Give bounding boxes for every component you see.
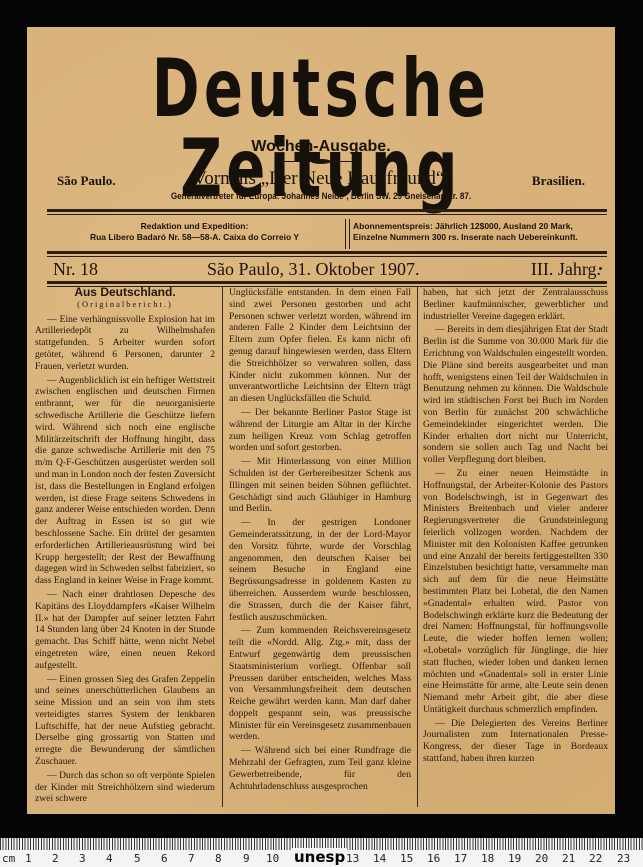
column-1: Aus Deutschland. (Originalbericht.) — Ei… [35, 287, 215, 807]
unesp-logo: unesp [292, 848, 347, 866]
rule-divider [47, 209, 607, 215]
paragraph: — Bereits in dem diesjährigen Etat der S… [423, 324, 608, 466]
column-separator [417, 287, 418, 807]
city-right: Brasilien. [532, 173, 585, 189]
paragraph: — Die Delegierten des Vereins Berliner J… [423, 718, 608, 765]
ruler-label: 3 [79, 852, 86, 865]
column-separator [222, 287, 223, 807]
column-2: Unglücksfälle entstanden. In dem einen F… [229, 287, 411, 807]
subscription-info: Abonnementspreis: Jährlich 12$000, Ausla… [353, 221, 607, 243]
ruler-label: 8 [215, 852, 222, 865]
paragraph: — Nach einer drahtlosen Depesche des Kap… [35, 589, 215, 672]
paragraph: — Einen grossen Sieg des Grafen Zeppelin… [35, 674, 215, 768]
paragraph: — In der gestrigen Londoner Gemeinderats… [229, 517, 411, 623]
ruler-unit: cm [2, 852, 15, 865]
article-columns: Aus Deutschland. (Originalbericht.) — Ei… [35, 287, 611, 807]
formerly-title: Vormals „Der Neue Hausfreund“. [27, 168, 615, 190]
ruler-label: 22 [589, 852, 602, 865]
ruler-label: 23 [617, 852, 630, 865]
info-box: Redaktion und Expedition: Rua Libero Bad… [47, 219, 607, 249]
ruler-label: 13 [346, 852, 359, 865]
ruler-label: 21 [562, 852, 575, 865]
speck [599, 267, 602, 270]
section-subtitle: (Originalbericht.) [35, 299, 215, 311]
paragraph: — Eine verhängnissvolle Explosion hat im… [35, 314, 215, 373]
dateline: Nr. 18 São Paulo, 31. Oktober 1907. III.… [47, 259, 607, 281]
measurement-ruler: cm 1 2 3 4 5 6 7 8 9 10 13 14 15 16 17 1… [0, 838, 643, 867]
volume-year: III. Jahrg. [531, 259, 601, 280]
paragraph: — Der bekannte Berliner Pastor Stage ist… [229, 407, 411, 454]
ruler-label: 9 [243, 852, 250, 865]
ruler-label: 14 [373, 852, 386, 865]
paragraph: — Zum kommenden Reichsvereinsgesetz teil… [229, 625, 411, 743]
edition-subtitle: Wochen-Ausgabe. [27, 138, 615, 156]
issue-date: São Paulo, 31. Oktober 1907. [207, 259, 419, 280]
ruler-label: 20 [535, 852, 548, 865]
column-3: haben, hat sich jetzt der Zentralausschu… [423, 287, 608, 807]
ruler-label: 6 [161, 852, 168, 865]
ruler-label: 17 [454, 852, 467, 865]
editorial-office: Redaktion und Expedition: Rua Libero Bad… [47, 221, 342, 243]
paragraph: — Zu einer neuen Heimstädte in Hoffnungs… [423, 468, 608, 716]
ruler-label: 10 [266, 852, 279, 865]
issue-number: Nr. 18 [53, 259, 98, 280]
newspaper-page: Deutsche Zeitung Wochen-Ausgabe. São Pau… [27, 27, 615, 814]
section-title: Aus Deutschland. [35, 287, 215, 299]
paragraph: haben, hat sich jetzt der Zentralausschu… [423, 287, 608, 322]
paragraph: — Während sich bei einer Rundfrage die M… [229, 745, 411, 792]
paragraph: Unglücksfälle entstanden. In dem einen F… [229, 287, 411, 405]
ruler-label: 4 [106, 852, 113, 865]
paragraph: — Mit Hinterlassung von einer Million Sc… [229, 456, 411, 515]
ruler-label: 7 [188, 852, 195, 865]
ruler-label: 5 [134, 852, 141, 865]
paragraph: — Durch das schon so oft verpönte Spiele… [35, 770, 215, 805]
ruler-label: 2 [52, 852, 59, 865]
info-divider [345, 219, 350, 249]
ruler-label: 19 [508, 852, 521, 865]
rule-divider [47, 251, 607, 257]
paragraph: — Augenblicklich ist ein heftiger Wettst… [35, 375, 215, 587]
ruler-label: 15 [400, 852, 413, 865]
ornament-divider [281, 159, 361, 165]
ruler-label: 1 [25, 852, 32, 865]
ruler-label: 16 [427, 852, 440, 865]
general-agent-line: Generalvertreter für Europa: Johannes Ne… [71, 191, 571, 202]
subscription-line-2: Einzelne Nummern 300 rs. Inserate nach U… [353, 232, 607, 243]
ruler-label: 18 [481, 852, 494, 865]
editorial-office-address: Rua Libero Badaró Nr. 58—58-A. Caixa do … [47, 232, 342, 243]
subscription-line-1: Abonnementspreis: Jährlich 12$000, Ausla… [353, 221, 607, 232]
editorial-office-label: Redaktion und Expedition: [47, 221, 342, 232]
masthead-subline: São Paulo. Vormals „Der Neue Hausfreund“… [27, 168, 615, 190]
